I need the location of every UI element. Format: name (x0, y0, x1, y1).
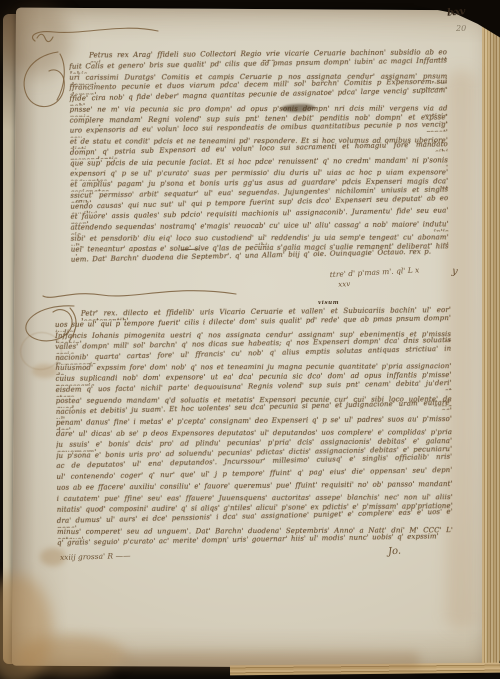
manuscript-line: sibi' et pensdorib' diu eiq' loco suo cu… (71, 233, 449, 245)
folio-number: 20 (456, 24, 466, 33)
faint-note: visum (318, 300, 339, 306)
registry-entry-1: Petrus rex Arag' ffideli suo Collectori … (69, 48, 449, 266)
manuscript-line: i cautatem' pue' ffine' seu' eas' ffauer… (57, 493, 453, 506)
notary-signature: Jo. (388, 546, 402, 558)
manuscript-photo: lxxv 20 Petrus rex Arag' ffideli suo Col… (0, 0, 500, 679)
folio-mark: lxxv (447, 6, 465, 18)
closing-sum-line: xxiij grossa' R —— (60, 551, 131, 562)
manuscript-line: dare' ul' dicas' ab se' p deos Expensore… (56, 428, 452, 441)
manuscript-line: pnsse' ne m' via pecunia sic pro dompn' … (70, 104, 448, 116)
manuscript-line: expensori q' p se ul' p'curato' suas per… (70, 169, 448, 181)
bottom-page-stack (230, 663, 500, 676)
stray-pen-mark: y (451, 266, 458, 278)
registry-entry-2: Petr' rex. dilecto et ffidelib' uris Vic… (55, 306, 453, 549)
fore-edge-page-stack (482, 24, 500, 664)
